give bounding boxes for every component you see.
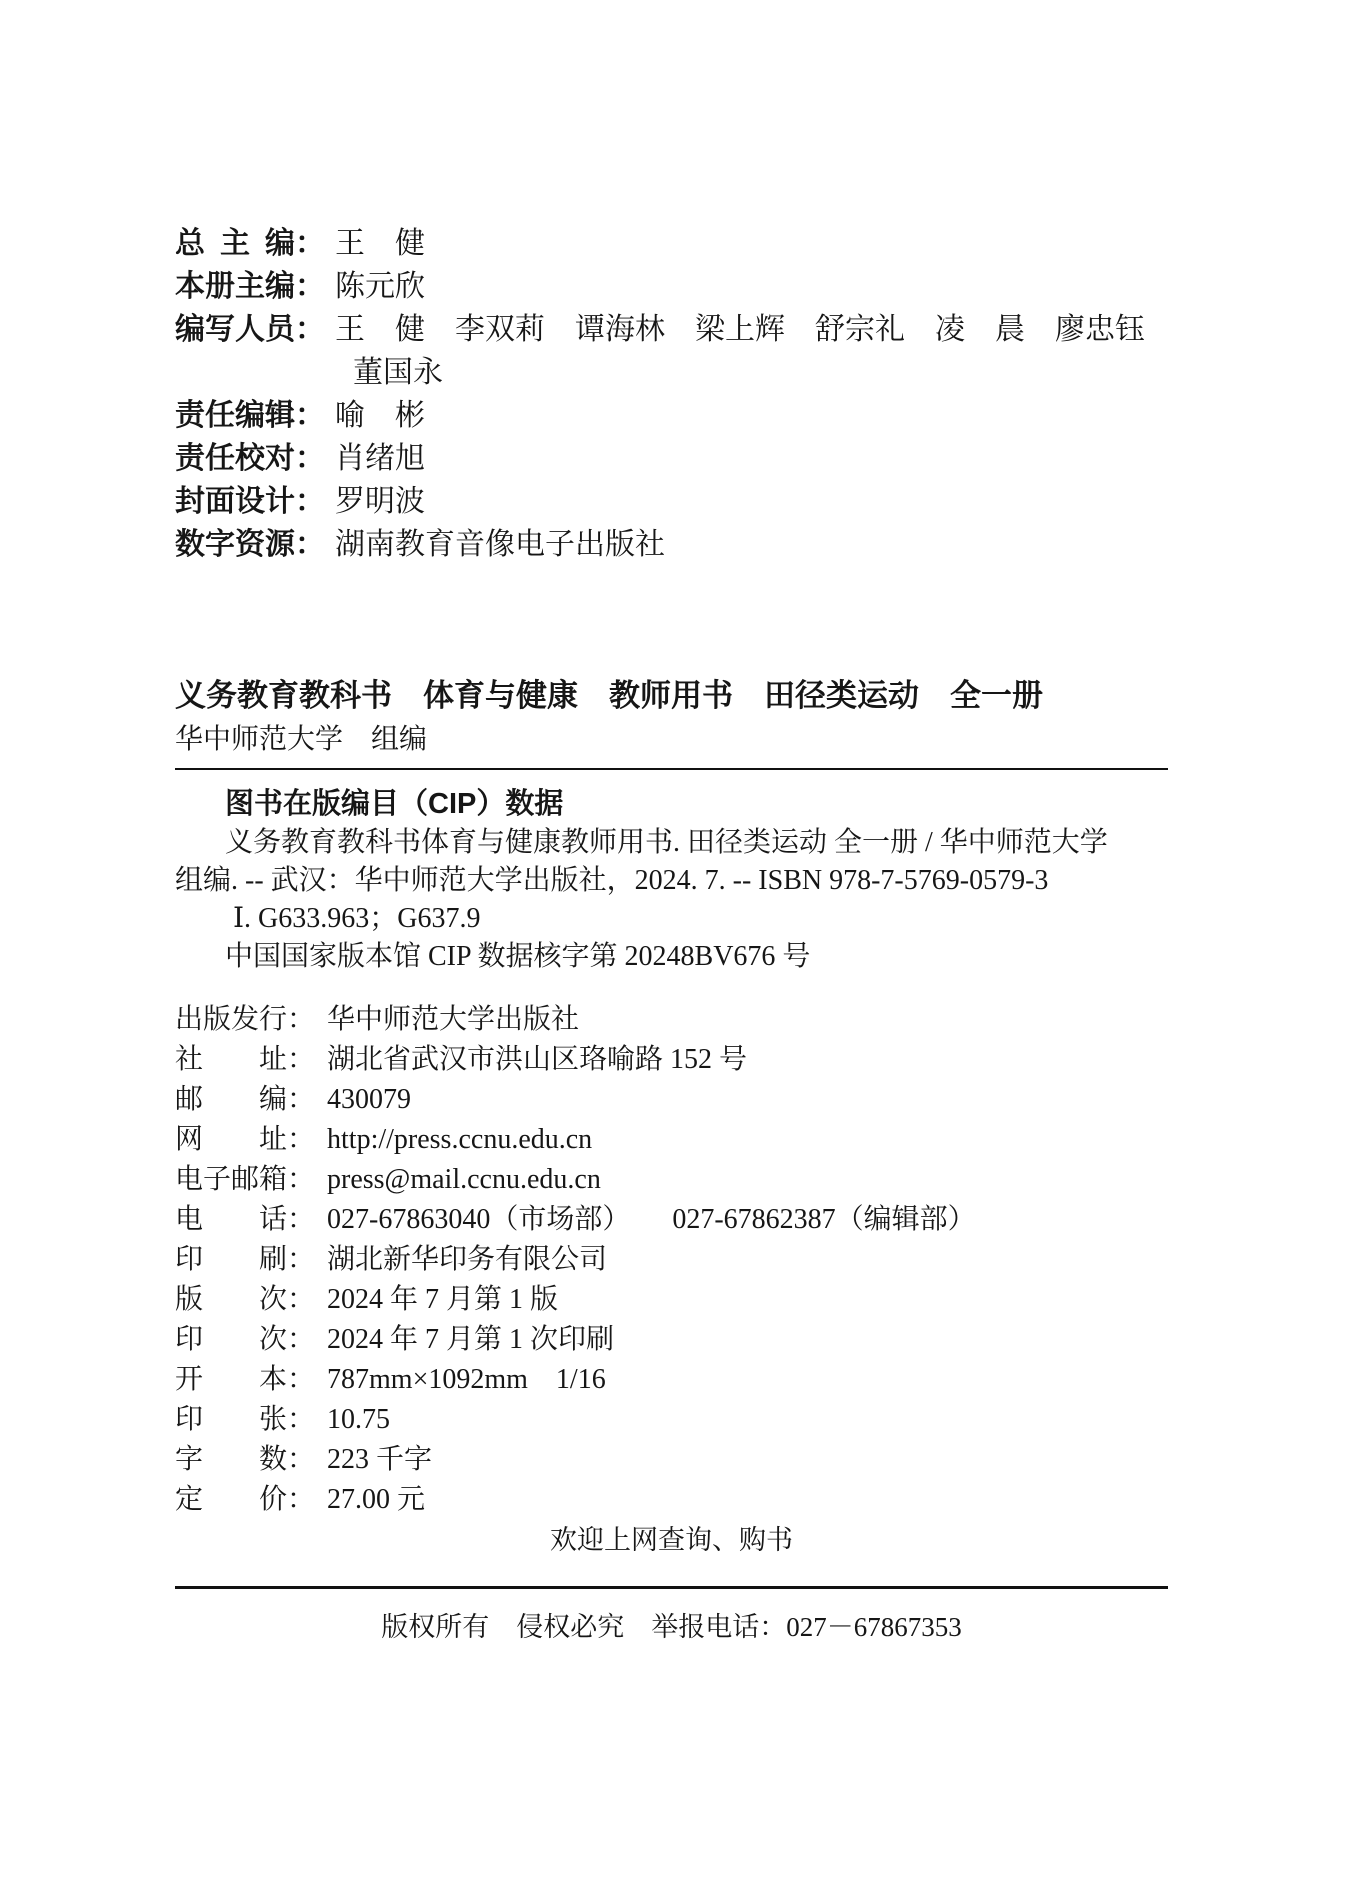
credit-value: 罗明波 — [335, 485, 425, 518]
credit-value: 王 健 李双莉 谭海林 梁上辉 舒宗礼 凌 晨 廖忠钰 — [335, 313, 1145, 346]
label-colon: ： — [295, 528, 325, 561]
label-colon: ： — [287, 1404, 315, 1435]
credit-value: 喻 彬 — [335, 399, 425, 432]
credit-value: 肖绪旭 — [335, 442, 425, 475]
label-colon: ： — [287, 1044, 315, 1075]
cip-block: 图书在版编目（CIP）数据 义务教育教科书体育与健康教师用书. 田径类运动 全一… — [175, 784, 1168, 976]
pub-value: 湖北省武汉市洪山区珞喻路 152 号 — [327, 1044, 747, 1075]
credit-row-chief-editor: 总主编：王 健 — [175, 222, 1168, 265]
credit-row-responsible-editor: 责任编辑：喻 彬 — [175, 394, 1168, 437]
pub-row-address: 社址：湖北省武汉市洪山区珞喻路 152 号 — [175, 1040, 1168, 1080]
page-content: 总主编：王 健 本册主编：陈元欣 编写人员：王 健 李双莉 谭海林 梁上辉 舒宗… — [0, 0, 1353, 1647]
pub-label: 网址 — [175, 1120, 287, 1160]
label-colon: ： — [287, 1444, 315, 1475]
pub-value: http://press.ccnu.edu.cn — [327, 1124, 592, 1155]
divider-rule — [175, 768, 1168, 770]
pub-row-phone: 电话：027-67863040（市场部） 027-67862387（编辑部） — [175, 1200, 1168, 1240]
label-colon: ： — [287, 1244, 315, 1275]
pub-row-price: 定价：27.00 元 — [175, 1480, 1168, 1520]
pub-row-sheets: 印张：10.75 — [175, 1400, 1168, 1440]
cip-entry-line2: 组编. -- 武汉：华中师范大学出版社，2024. 7. -- ISBN 978… — [175, 862, 1168, 900]
pub-label: 邮编 — [175, 1080, 287, 1120]
label-colon: ： — [287, 1204, 315, 1235]
label-colon: ： — [287, 1124, 315, 1155]
organizer-line: 华中师范大学 组编 — [175, 720, 1168, 760]
pub-row-printer: 印刷：湖北新华印务有限公司 — [175, 1240, 1168, 1280]
pub-value: 27.00 元 — [327, 1484, 425, 1515]
pub-label: 版次 — [175, 1280, 287, 1320]
pub-row-printing: 印次：2024 年 7 月第 1 次印刷 — [175, 1320, 1168, 1360]
credit-label: 总主编 — [175, 222, 295, 265]
pub-label: 出版发行 — [175, 1000, 287, 1040]
label-colon: ： — [287, 1364, 315, 1395]
cip-classification-line: Ⅰ. G633.963；G637.9 — [175, 900, 1168, 938]
pub-label: 电子邮箱 — [175, 1160, 287, 1200]
pub-value: 华中师范大学出版社 — [327, 1004, 579, 1035]
label-colon: ： — [295, 442, 325, 475]
pub-label: 开本 — [175, 1360, 287, 1400]
pub-label: 电话 — [175, 1200, 287, 1240]
pub-value: 787mm×1092mm 1/16 — [327, 1364, 606, 1395]
credit-row-proofreader: 责任校对：肖绪旭 — [175, 437, 1168, 480]
cip-entry-line1: 义务教育教科书体育与健康教师用书. 田径类运动 全一册 / 华中师范大学 — [175, 824, 1168, 862]
pub-value: 10.75 — [327, 1404, 390, 1435]
pub-row-postcode: 邮编：430079 — [175, 1080, 1168, 1120]
pub-value: press@mail.ccnu.edu.cn — [327, 1164, 601, 1195]
shopping-note: 欢迎上网查询、购书 — [175, 1520, 1168, 1560]
credits-block: 总主编：王 健 本册主编：陈元欣 编写人员：王 健 李双莉 谭海林 梁上辉 舒宗… — [175, 222, 1168, 566]
label-colon: ： — [295, 227, 325, 260]
book-series-title: 义务教育教科书 体育与健康 教师用书 田径类运动 全一册 — [175, 674, 1168, 718]
copyright-page: 总主编：王 健 本册主编：陈元欣 编写人员：王 健 李双莉 谭海林 梁上辉 舒宗… — [0, 0, 1353, 1884]
credit-label: 封面设计 — [175, 480, 295, 523]
cip-record-number-line: 中国国家版本馆 CIP 数据核字第 20248BV676 号 — [175, 938, 1168, 976]
credit-value: 董国永 — [353, 356, 443, 389]
credit-label: 本册主编 — [175, 265, 295, 308]
label-colon: ： — [295, 313, 325, 346]
credit-row-cover-design: 封面设计：罗明波 — [175, 480, 1168, 523]
pub-value: 2024 年 7 月第 1 次印刷 — [327, 1324, 614, 1355]
label-colon: ： — [295, 399, 325, 432]
credit-label: 数字资源 — [175, 523, 295, 566]
credit-value: 湖南教育音像电子出版社 — [335, 528, 665, 561]
label-colon: ： — [287, 1484, 315, 1515]
pub-label: 印次 — [175, 1320, 287, 1360]
footer-rule — [175, 1586, 1168, 1589]
pub-label: 印刷 — [175, 1240, 287, 1280]
label-colon: ： — [287, 1164, 315, 1195]
credit-label: 责任校对 — [175, 437, 295, 480]
pub-row-word-count: 字数：223 千字 — [175, 1440, 1168, 1480]
pub-value: 027-67863040（市场部） 027-67862387（编辑部） — [327, 1204, 976, 1235]
pub-label: 印张 — [175, 1400, 287, 1440]
credit-value: 王 健 — [335, 227, 425, 260]
label-colon: ： — [287, 1084, 315, 1115]
label-colon: ： — [287, 1004, 315, 1035]
credit-label: 责任编辑 — [175, 394, 295, 437]
label-colon: ： — [295, 270, 325, 303]
pub-label: 社址 — [175, 1040, 287, 1080]
pub-value: 223 千字 — [327, 1444, 432, 1475]
pub-label: 定价 — [175, 1480, 287, 1520]
cip-heading: 图书在版编目（CIP）数据 — [175, 784, 1168, 824]
pub-row-edition: 版次：2024 年 7 月第 1 版 — [175, 1280, 1168, 1320]
pub-row-email: 电子邮箱：press@mail.ccnu.edu.cn — [175, 1160, 1168, 1200]
pub-row-website: 网址：http://press.ccnu.edu.cn — [175, 1120, 1168, 1160]
pub-row-publisher: 出版发行：华中师范大学出版社 — [175, 1000, 1168, 1040]
pub-value: 430079 — [327, 1084, 411, 1115]
credit-row-volume-editor: 本册主编：陈元欣 — [175, 265, 1168, 308]
copyright-line: 版权所有 侵权必究 举报电话：027－67867353 — [175, 1607, 1168, 1647]
pub-value: 2024 年 7 月第 1 版 — [327, 1284, 558, 1315]
credit-row-authors: 编写人员：王 健 李双莉 谭海林 梁上辉 舒宗礼 凌 晨 廖忠钰 — [175, 308, 1168, 351]
pub-label: 字数 — [175, 1440, 287, 1480]
label-colon: ： — [287, 1324, 315, 1355]
credit-label: 编写人员 — [175, 308, 295, 351]
label-colon: ： — [295, 485, 325, 518]
pub-row-format: 开本：787mm×1092mm 1/16 — [175, 1360, 1168, 1400]
credit-row-authors-continuation: 董国永 — [175, 351, 1168, 394]
publication-info-block: 出版发行：华中师范大学出版社 社址：湖北省武汉市洪山区珞喻路 152 号 邮编：… — [175, 1000, 1168, 1520]
label-colon: ： — [287, 1284, 315, 1315]
credit-row-digital-resources: 数字资源：湖南教育音像电子出版社 — [175, 523, 1168, 566]
pub-value: 湖北新华印务有限公司 — [327, 1244, 607, 1275]
credit-value: 陈元欣 — [335, 270, 425, 303]
